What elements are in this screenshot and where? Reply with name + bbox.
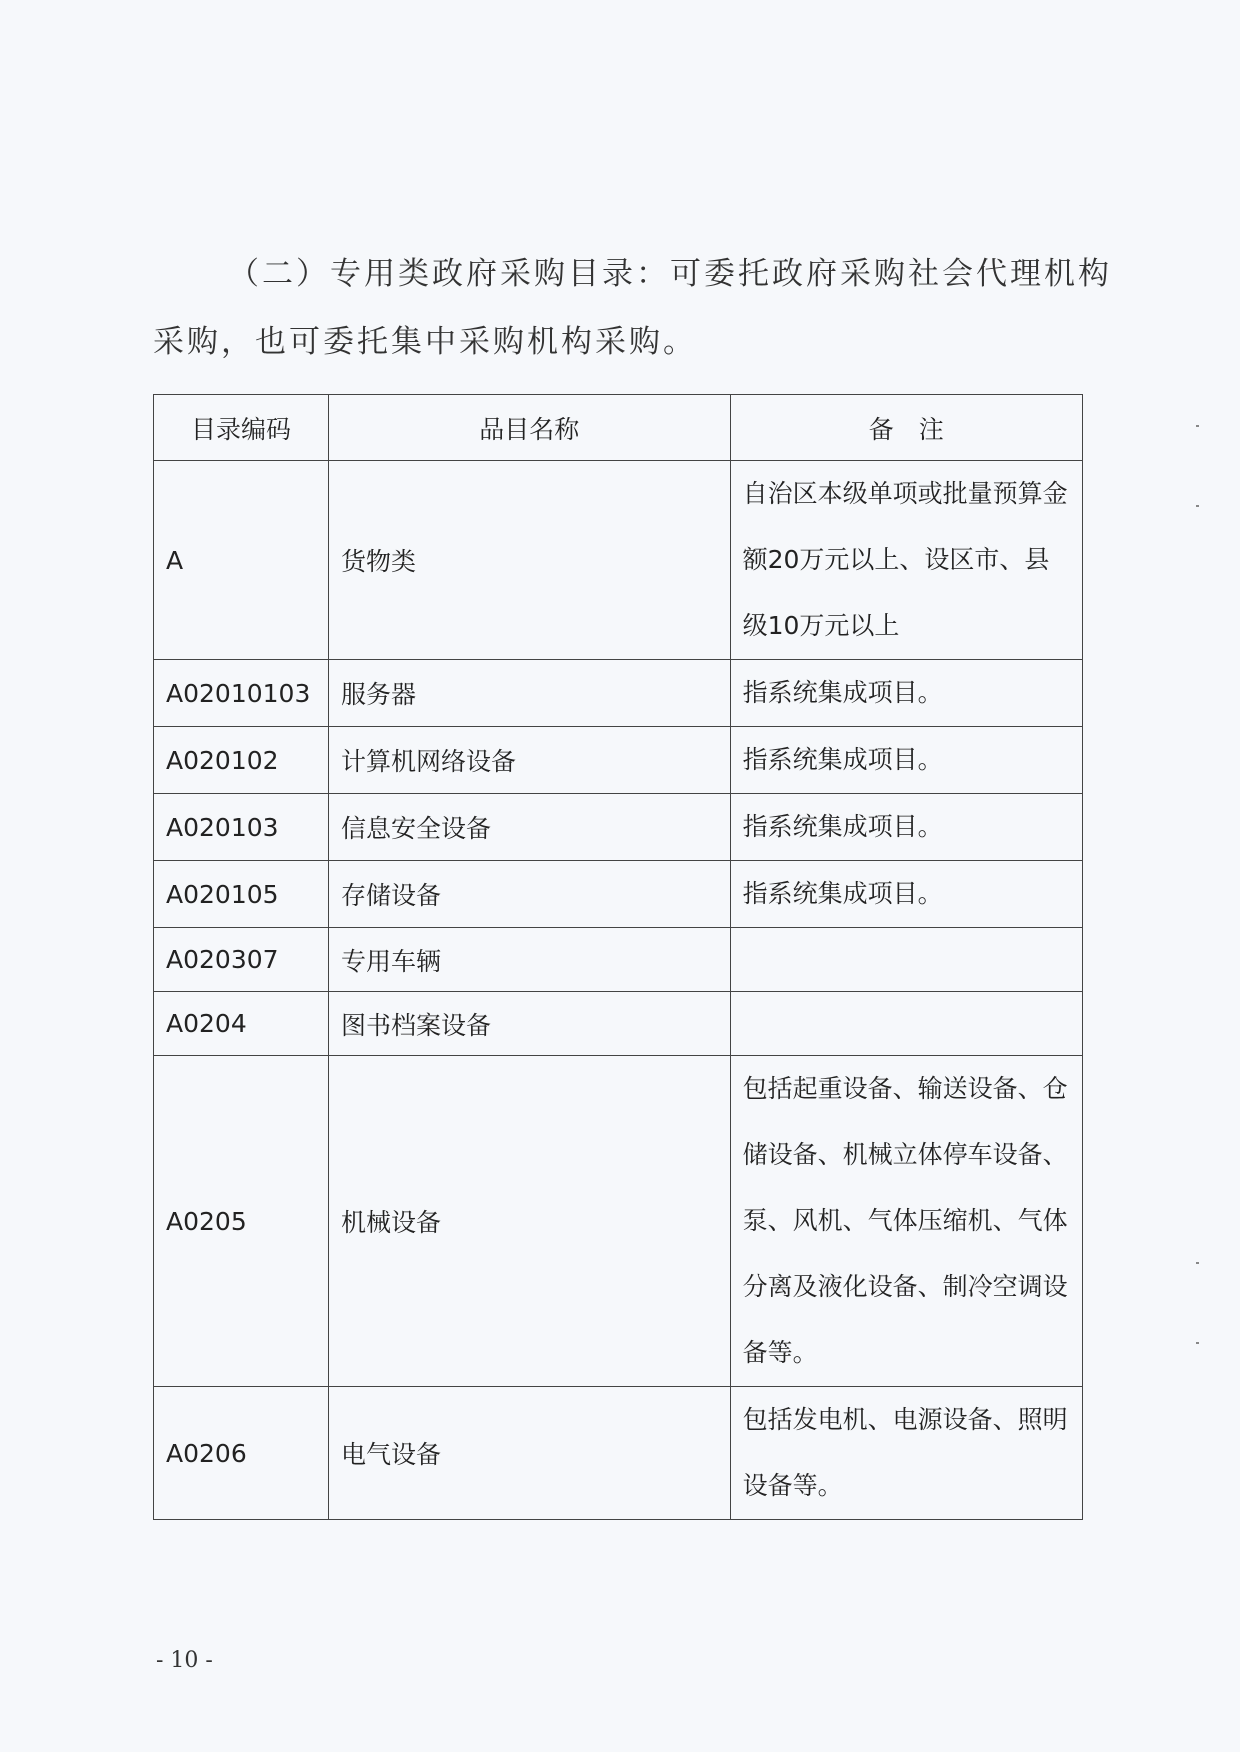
scan-speck bbox=[1196, 1262, 1199, 1264]
cell-note: 指系统集成项目。 bbox=[730, 660, 1082, 727]
cell-note bbox=[730, 928, 1082, 992]
header-note: 备 注 bbox=[730, 395, 1082, 461]
table-row: A020105 存储设备 指系统集成项目。 bbox=[154, 861, 1083, 928]
header-name: 品目名称 bbox=[328, 395, 730, 461]
cell-name: 图书档案设备 bbox=[328, 992, 730, 1056]
section-heading-continued: 采购，也可委托集中采购机构采购。 bbox=[153, 316, 697, 361]
cell-code: A bbox=[154, 461, 329, 660]
cell-name: 电气设备 bbox=[328, 1387, 730, 1520]
procurement-catalog-table: 目录编码 品目名称 备 注 A 货物类 自治区本级单项或批量预算金额20万元以上… bbox=[153, 394, 1083, 1520]
cell-note: 自治区本级单项或批量预算金额20万元以上、设区市、县级10万元以上 bbox=[730, 461, 1082, 660]
cell-note: 包括起重设备、输送设备、仓储设备、机械立体停车设备、泵、风机、气体压缩机、气体分… bbox=[730, 1056, 1082, 1387]
cell-code: A020105 bbox=[154, 861, 329, 928]
scan-speck bbox=[1196, 1342, 1199, 1344]
cell-code: A0204 bbox=[154, 992, 329, 1056]
cell-note bbox=[730, 992, 1082, 1056]
cell-name: 存储设备 bbox=[328, 861, 730, 928]
cell-note: 包括发电机、电源设备、照明设备等。 bbox=[730, 1387, 1082, 1520]
table-row: A02010103 服务器 指系统集成项目。 bbox=[154, 660, 1083, 727]
table-row: A 货物类 自治区本级单项或批量预算金额20万元以上、设区市、县级10万元以上 bbox=[154, 461, 1083, 660]
cell-code: A020103 bbox=[154, 794, 329, 861]
cell-name: 服务器 bbox=[328, 660, 730, 727]
cell-name: 计算机网络设备 bbox=[328, 727, 730, 794]
table-row: A0205 机械设备 包括起重设备、输送设备、仓储设备、机械立体停车设备、泵、风… bbox=[154, 1056, 1083, 1387]
table-header-row: 目录编码 品目名称 备 注 bbox=[154, 395, 1083, 461]
cell-name: 信息安全设备 bbox=[328, 794, 730, 861]
table-row: A0204 图书档案设备 bbox=[154, 992, 1083, 1056]
cell-code: A020307 bbox=[154, 928, 329, 992]
section-heading: （二）专用类政府采购目录：可委托政府采购社会代理机构 bbox=[228, 248, 1112, 293]
cell-code: A02010103 bbox=[154, 660, 329, 727]
cell-name: 专用车辆 bbox=[328, 928, 730, 992]
cell-note: 指系统集成项目。 bbox=[730, 794, 1082, 861]
cell-note: 指系统集成项目。 bbox=[730, 727, 1082, 794]
cell-code: A0205 bbox=[154, 1056, 329, 1387]
cell-name: 机械设备 bbox=[328, 1056, 730, 1387]
cell-code: A0206 bbox=[154, 1387, 329, 1520]
cell-name: 货物类 bbox=[328, 461, 730, 660]
table-row: A020307 专用车辆 bbox=[154, 928, 1083, 992]
table-row: A020103 信息安全设备 指系统集成项目。 bbox=[154, 794, 1083, 861]
table-row: A020102 计算机网络设备 指系统集成项目。 bbox=[154, 727, 1083, 794]
scan-speck bbox=[1196, 425, 1199, 427]
page-number: - 10 - bbox=[156, 1648, 213, 1673]
header-code: 目录编码 bbox=[154, 395, 329, 461]
scan-speck bbox=[1196, 505, 1199, 507]
cell-note: 指系统集成项目。 bbox=[730, 861, 1082, 928]
table-row: A0206 电气设备 包括发电机、电源设备、照明设备等。 bbox=[154, 1387, 1083, 1520]
cell-code: A020102 bbox=[154, 727, 329, 794]
